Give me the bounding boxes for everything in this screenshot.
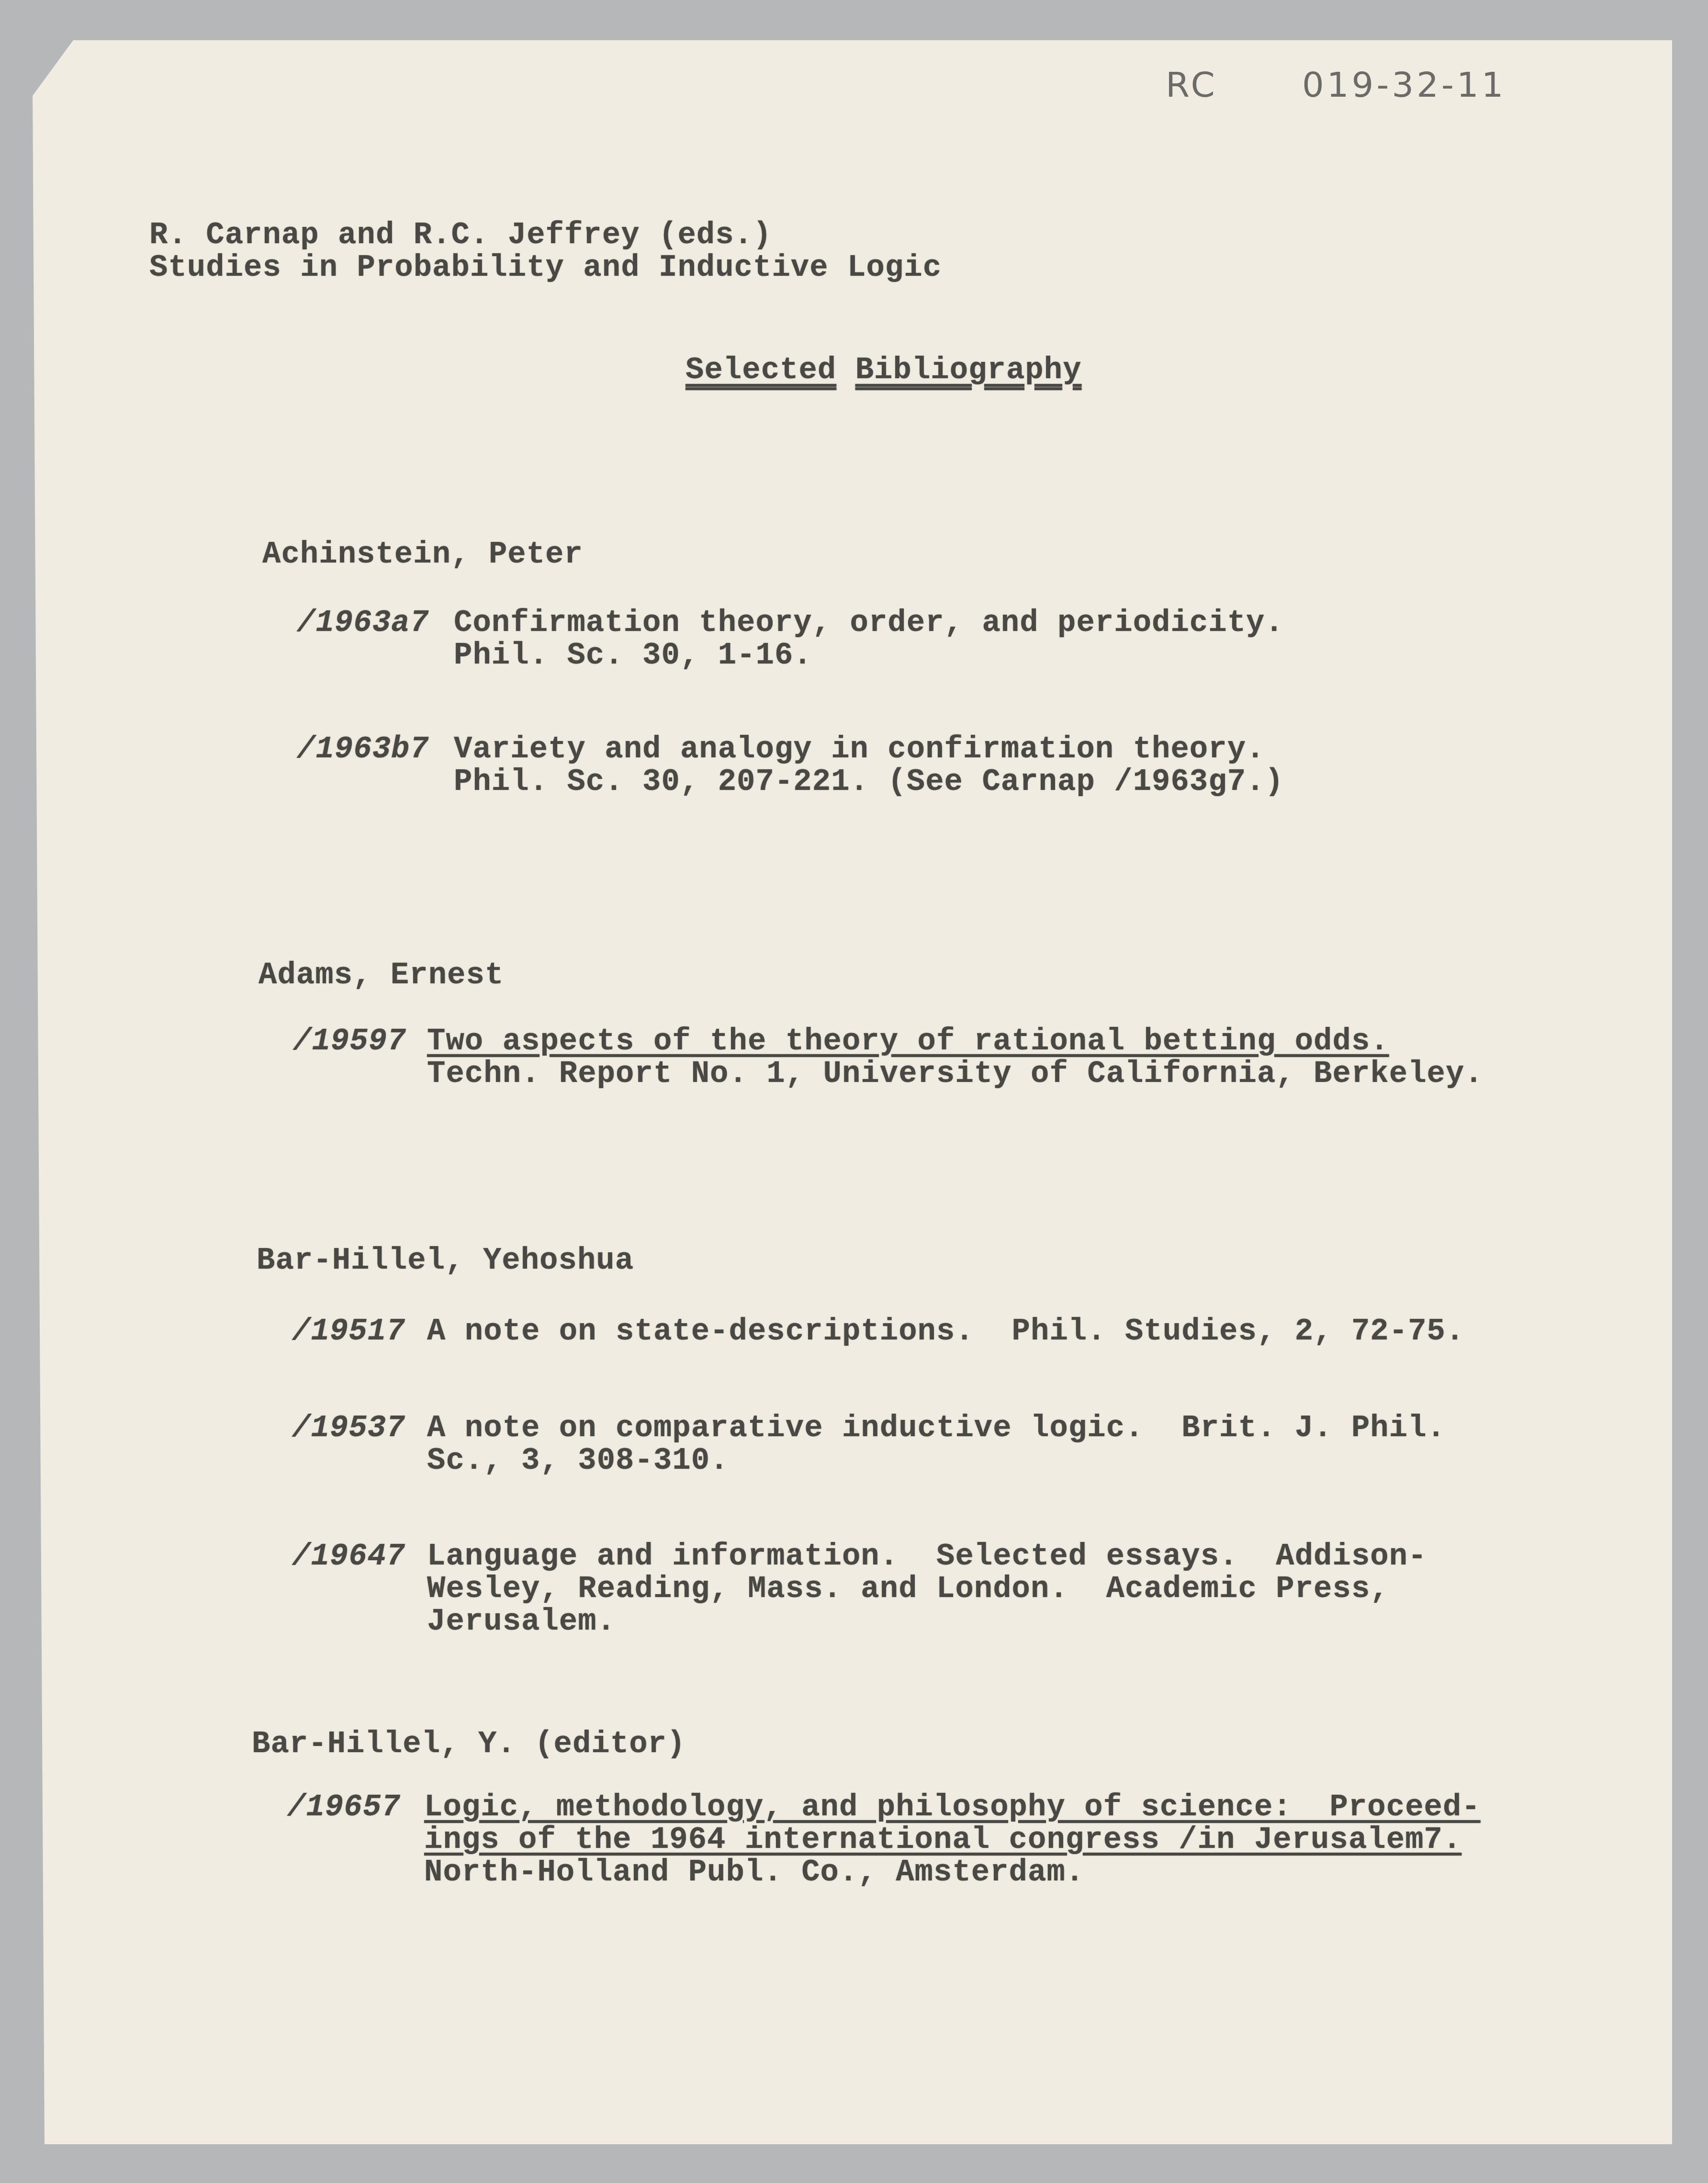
entry-line: Phil. Sc. 30, 207-221. (See Carnap /1963… xyxy=(454,766,1284,799)
author-heading: Bar-Hillel, Y. (editor) xyxy=(252,1728,685,1761)
entry-line: Phil. Sc. 30, 1-16. xyxy=(454,640,812,672)
entry-line: Confirmation theory, order, and periodic… xyxy=(454,607,1284,640)
entry-year: /19657 xyxy=(287,1791,400,1824)
author-heading: Bar-Hillel, Yehoshua xyxy=(257,1245,634,1277)
header-book-title: Studies in Probability and Inductive Log… xyxy=(149,252,942,284)
archive-collection-mark: RC xyxy=(1166,65,1218,105)
header-editors: R. Carnap and R.C. Jeffrey (eds.) xyxy=(149,219,772,252)
entry-line: A note on state-descriptions. Phil. Stud… xyxy=(427,1316,1464,1348)
entry-year: /19517 xyxy=(292,1316,405,1348)
entry-line: North-Holland Publ. Co., Amsterdam. xyxy=(424,1857,1084,1889)
entry-year: /1963b7 xyxy=(297,733,429,766)
entry-line: Language and information. Selected essay… xyxy=(427,1541,1427,1573)
entry-line: A note on comparative inductive logic. B… xyxy=(427,1412,1446,1445)
author-heading: Adams, Ernest xyxy=(258,959,504,992)
entry-line: Jerusalem. xyxy=(427,1606,616,1638)
entry-year: /19597 xyxy=(293,1025,406,1058)
page-title: Selected Bibliography xyxy=(685,354,1082,387)
entry-line: Variety and analogy in confirmation theo… xyxy=(454,733,1265,766)
entry-title-underlined: ings of the 1964 international congress … xyxy=(424,1824,1461,1857)
archive-number-mark: 019-32-11 xyxy=(1302,65,1506,105)
entry-title-underlined: Logic, methodology, and philosophy of sc… xyxy=(424,1791,1481,1824)
entry-title-underlined: Two aspects of the theory of rational be… xyxy=(427,1025,1389,1058)
entry-line: Wesley, Reading, Mass. and London. Acade… xyxy=(427,1573,1389,1606)
author-heading: Achinstein, Peter xyxy=(262,539,583,571)
entry-year: /19537 xyxy=(292,1412,405,1445)
entry-line: Techn. Report No. 1, University of Calif… xyxy=(427,1058,1483,1091)
title-word-1: Selected xyxy=(685,353,836,388)
title-word-2: Bibliography xyxy=(855,353,1082,388)
entry-line: Sc., 3, 308-310. xyxy=(427,1445,729,1477)
entry-year: /1963a7 xyxy=(297,607,429,640)
entry-year: /19647 xyxy=(292,1541,405,1573)
